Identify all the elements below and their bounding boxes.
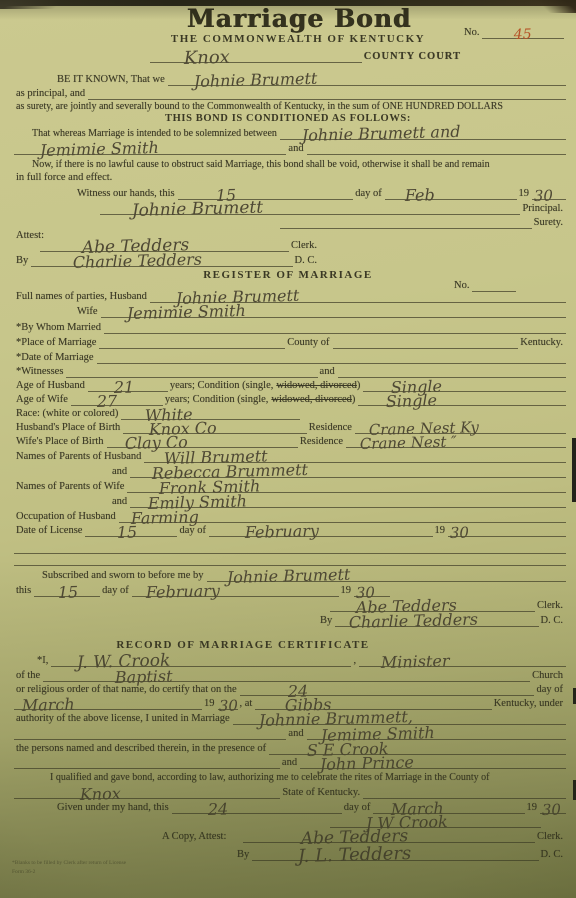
- county-of-label: County of: [285, 336, 332, 349]
- kentucky-under-label: Kentucky, under: [492, 697, 566, 710]
- race-label: Race: (white or colored): [14, 407, 121, 420]
- certificate-bride-field: Jemime Smith: [307, 727, 566, 740]
- church-label: Church: [530, 669, 566, 682]
- witnesses-field-1: [66, 365, 317, 378]
- bride-name-field: Jemimie Smith: [14, 142, 286, 155]
- year-19-label: 19: [525, 801, 541, 814]
- witnesses-line: *Witnesses and: [14, 365, 566, 378]
- certificate-heading: RECORD OF MARRIAGE CERTIFICATE: [0, 639, 486, 651]
- husband-condition-field: Single: [363, 379, 566, 392]
- register-deputy-signature: Charlie Tedders: [349, 613, 479, 630]
- and-label: and: [318, 365, 338, 378]
- witness-2-handwriting: John Prince: [320, 756, 414, 772]
- year-19-label: 19: [517, 187, 533, 200]
- condition-label-pre: years; Condition (single,: [168, 379, 277, 392]
- license-day-field: 15: [85, 524, 177, 537]
- blank-field: [14, 553, 566, 566]
- wife-label: Wife: [75, 305, 101, 318]
- residence-label: Residence: [307, 421, 355, 434]
- as-principal-field: [88, 87, 566, 100]
- condition-struck-text: widowed, divorced: [271, 393, 351, 406]
- at-label: , at: [238, 697, 256, 710]
- year-19-label: 19: [433, 524, 449, 537]
- license-month-field: February: [209, 524, 432, 537]
- state-of-kentucky-label: State of Kentucky.: [280, 786, 363, 799]
- register-husband-line: Full names of parties, Husband Johnie Br…: [14, 290, 566, 303]
- marriage-month-line: March 19 30 , at Gibbs Kentucky, under: [14, 697, 566, 710]
- register-deputy-line: By Charlie Tedders D. C.: [318, 614, 566, 627]
- groom-name-handwriting: Johnie Brumett and: [302, 125, 461, 143]
- wife-mother-field: Emily Smith: [130, 495, 566, 508]
- bond-number-line: No. 45: [462, 26, 564, 39]
- minister-line: *I, J. W. Crook , Minister: [35, 654, 566, 667]
- marriage-bond-document: Marriage Bond THE COMMONWEALTH OF KENTUC…: [0, 0, 576, 898]
- witness-month-handwriting: Feb: [404, 188, 434, 203]
- marriage-month-handwriting: March: [22, 698, 75, 713]
- subscribed-label: Subscribed and sworn to before me by: [40, 569, 207, 582]
- conditioned-heading: THIS BOND IS CONDITIONED AS FOLLOWS:: [0, 113, 576, 124]
- condition-struck-text: widowed, divorced: [276, 379, 356, 392]
- condition-label-pre: years; Condition (single,: [163, 393, 272, 406]
- minister-name-field: J. W. Crook: [51, 654, 351, 667]
- parents-wife-label: Names of Parents of Wife: [14, 480, 127, 493]
- blank-rule-line: [14, 553, 566, 566]
- minister-signature-field: J W Crook: [330, 815, 541, 828]
- principal-label: Principal.: [520, 202, 566, 215]
- wife-age-field: 27: [71, 393, 163, 406]
- witness-date-line: Witness our hands, this 15 day of Feb 19…: [75, 187, 566, 200]
- register-wife-handwriting: Jemimie Smith: [126, 304, 245, 321]
- county-court-line: Knox COUNTY COURT: [150, 50, 464, 63]
- year-19-label: 19: [202, 697, 218, 710]
- husband-birth-field: Knox Co: [123, 421, 307, 434]
- qualified-clause-text: I qualified and gave bond, according to …: [48, 771, 492, 784]
- void-clause-text-1: Now, if there is no lawful cause to obst…: [30, 158, 493, 171]
- as-principal-line: as principal, and: [14, 87, 566, 100]
- year-19-label: 19: [339, 584, 355, 597]
- place-of-marriage-line: *Place of Marriage County of Kentucky.: [14, 336, 566, 349]
- by-whom-married-label: *By Whom Married: [14, 321, 104, 334]
- dc-label: D. C.: [539, 848, 566, 861]
- footer-note: *Blanks to be filled by Clerk after retu…: [12, 860, 126, 867]
- parents-husband-label: Names of Parents of Husband: [14, 450, 144, 463]
- dc-label: D. C.: [293, 254, 320, 267]
- by-whom-married-field: [104, 321, 566, 334]
- surety-clause-line: as surety, are jointly and severally bou…: [14, 100, 566, 113]
- wife-mother-line: and Emily Smith: [110, 495, 566, 508]
- bride-line: Jemimie Smith and: [14, 142, 566, 155]
- bond-number-field: 45: [482, 26, 564, 39]
- bond-deputy-field: Charlie Tedders: [31, 254, 292, 267]
- sworn-year-field: 30: [354, 584, 390, 597]
- full-names-label: Full names of parties, Husband: [14, 290, 150, 303]
- and-label: and: [110, 495, 130, 508]
- county-court-label: COUNTY COURT: [362, 50, 464, 63]
- clerk-label: Clerk.: [535, 599, 566, 612]
- by-whom-married-line: *By Whom Married: [14, 321, 566, 334]
- scan-artifact-bar: [572, 438, 576, 502]
- bond-deputy-signature: Charlie Tedders: [73, 253, 203, 270]
- occupation-field: Farming: [119, 510, 566, 523]
- subscribed-name-handwriting: Johnie Brumett: [226, 568, 350, 585]
- certify-clause-text: or religious order of that name, do cert…: [14, 683, 240, 696]
- bond-county-handwriting: Knox: [80, 787, 121, 802]
- subscribed-line: Subscribed and sworn to before me by Joh…: [40, 569, 566, 582]
- given-year-handwriting: 30: [542, 803, 561, 817]
- dc-label: D. C.: [539, 614, 566, 627]
- groom-name-field: Johnie Brumett and: [280, 127, 566, 140]
- and-label: and: [280, 756, 300, 769]
- date-of-marriage-line: *Date of Marriage: [14, 351, 566, 364]
- marriage-year-field: 30: [218, 697, 238, 710]
- witness-year-field: 30: [532, 187, 566, 200]
- license-label: Date of License: [14, 524, 85, 537]
- sworn-day-handwriting: 15: [58, 585, 79, 600]
- copy-attest-line: A Copy, Attest: Abe Tedders Clerk.: [160, 830, 566, 843]
- be-it-known-label: BE IT KNOWN, That we: [55, 73, 168, 86]
- authority-line: authority of the above license, I united…: [14, 712, 566, 725]
- given-day-field: 24: [172, 801, 342, 814]
- minister-title-handwriting: Minister: [381, 654, 450, 670]
- by-label: By: [235, 848, 252, 861]
- principal-signature-field: Johnie Brumett: [100, 202, 520, 215]
- void-clause-line-1: Now, if there is no lawful cause to obst…: [30, 158, 566, 171]
- and-label: and: [286, 142, 306, 155]
- date-of-marriage-label: *Date of Marriage: [14, 351, 97, 364]
- day-of-label: day of: [353, 187, 385, 200]
- void-clause-text-2: in full force and effect.: [14, 171, 115, 184]
- bond-number-label: No.: [462, 26, 482, 39]
- license-year-handwriting: 30: [450, 526, 469, 540]
- and-label: and: [286, 727, 306, 740]
- clerk-label: Clerk.: [535, 830, 566, 843]
- witness-2-spacer-field: [14, 756, 280, 769]
- marriage-year-handwriting: 30: [218, 699, 237, 713]
- principal-signature-line: Johnie Brumett Principal.: [100, 202, 566, 215]
- bond-county-extra-field: [363, 786, 566, 799]
- principal-name-field: Johnie Brumett: [168, 73, 566, 86]
- witness-day-field: 15: [178, 187, 354, 200]
- copy-attest-label: A Copy, Attest:: [160, 830, 229, 843]
- by-label: By: [318, 614, 335, 627]
- license-date-line: Date of License 15 day of February 19 30: [14, 524, 566, 537]
- license-year-field: 30: [448, 524, 566, 537]
- witnesses-field-2: [338, 365, 566, 378]
- marriage-month-field: March: [14, 697, 202, 710]
- void-clause-line-2: in full force and effect.: [14, 171, 566, 184]
- wife-birth-field: Clay Co: [107, 435, 298, 448]
- county-name-field: Knox: [150, 50, 362, 63]
- denomination-field: Baptist: [43, 669, 530, 682]
- husband-mother-line: and Rebecca Brummett: [110, 465, 566, 478]
- sworn-month-field: February: [132, 584, 339, 597]
- register-deputy-field: Charlie Tedders: [335, 614, 538, 627]
- given-year-field: 30: [540, 801, 566, 814]
- witness-1-field: S E Crook: [269, 742, 566, 755]
- wife-condition-handwriting: Single: [386, 394, 438, 409]
- surety-signature-line: Surety.: [280, 216, 566, 229]
- subscribed-name-field: Johnie Brumett: [207, 569, 566, 582]
- husband-birth-line: Husband's Place of Birth Knox Co Residen…: [14, 421, 566, 434]
- footer-form-number: Form 36-2: [12, 869, 35, 876]
- occupation-label: Occupation of Husband: [14, 510, 119, 523]
- qualified-line: I qualified and gave bond, according to …: [48, 771, 566, 784]
- residence-label: Residence: [298, 435, 346, 448]
- wife-birth-label: Wife's Place of Birth: [14, 435, 107, 448]
- wife-residence-handwriting: Crane Nest ″: [360, 434, 457, 451]
- surety-clause-text: as surety, are jointly and severally bou…: [14, 100, 506, 113]
- race-line: Race: (white or colored) White: [14, 407, 300, 420]
- denomination-line: of the Baptist Church: [14, 669, 566, 682]
- place-of-marriage-field: [99, 336, 285, 349]
- license-day-handwriting: 15: [117, 525, 138, 540]
- minister-title-field: Minister: [359, 654, 566, 667]
- place-of-marriage-label: *Place of Marriage: [14, 336, 99, 349]
- bond-county-line: Knox State of Kentucky.: [14, 786, 566, 799]
- husband-age-field: 21: [88, 379, 168, 392]
- surety-signature-field: [280, 216, 532, 229]
- sworn-day-field: 15: [34, 584, 100, 597]
- day-of-label: day of: [342, 801, 374, 814]
- clerk-label: Clerk.: [289, 239, 320, 252]
- bride-name-handwriting: Jemimie Smith: [40, 141, 159, 158]
- minister-signature-line: J W Crook: [330, 815, 541, 828]
- age-of-husband-label: Age of Husband: [14, 379, 88, 392]
- presence-line: the persons named and described therein,…: [14, 742, 566, 755]
- date-of-marriage-field: [97, 351, 566, 364]
- register-wife-line: Wife Jemimie Smith: [75, 305, 566, 318]
- bond-county-field: Knox: [14, 786, 280, 799]
- witnesses-label: *Witnesses: [14, 365, 66, 378]
- this-label: this: [14, 584, 34, 597]
- certificate-clerk-field: Abe Tedders: [243, 830, 535, 843]
- i-label: *I,: [35, 654, 51, 667]
- husband-mother-field: Rebecca Brummett: [130, 465, 566, 478]
- age-of-husband-line: Age of Husband 21 years; Condition (sing…: [14, 379, 566, 392]
- kentucky-label: Kentucky.: [518, 336, 566, 349]
- witness-2-line: and John Prince: [14, 756, 566, 769]
- presence-clause-text: the persons named and described therein,…: [14, 742, 269, 755]
- surety-label: Surety.: [532, 216, 566, 229]
- certificate-bride-line: and Jemime Smith: [14, 727, 566, 740]
- given-month-field: March: [373, 801, 524, 814]
- county-of-field: [333, 336, 519, 349]
- husband-birth-label: Husband's Place of Birth: [14, 421, 123, 434]
- of-the-label: of the: [14, 669, 43, 682]
- wife-condition-field: Single: [358, 393, 566, 406]
- wife-father-field: Fronk Smith: [127, 480, 566, 493]
- given-label: Given under my hand, this: [55, 801, 172, 814]
- given-day-handwriting: 24: [207, 802, 228, 817]
- certificate-bride-spacer-field: [14, 727, 286, 740]
- certificate-deputy-field: J. L. Tedders: [252, 848, 538, 861]
- wife-birth-line: Wife's Place of Birth Clay Co Residence …: [14, 435, 566, 448]
- bond-deputy-line: By Charlie Tedders D. C.: [14, 254, 320, 267]
- bond-number-value: 45: [514, 28, 532, 42]
- register-wife-field: Jemimie Smith: [101, 305, 566, 318]
- solemnized-line: That whereas Marriage is intended to be …: [30, 127, 566, 140]
- certificate-deputy-line: By J. L. Tedders D. C.: [235, 848, 566, 861]
- sworn-date-line: this 15 day of February 19 30: [14, 584, 390, 597]
- certificate-deputy-signature: J. L. Tedders: [298, 847, 412, 864]
- certify-line: or religious order of that name, do cert…: [14, 683, 566, 696]
- day-of-label: day of: [177, 524, 209, 537]
- husband-father-field: Will Brumett: [144, 450, 566, 463]
- comma-label: ,: [351, 654, 359, 667]
- as-principal-label: as principal, and: [14, 87, 88, 100]
- witness-year-handwriting: 30: [534, 189, 553, 203]
- witness-month-field: Feb: [385, 187, 517, 200]
- given-date-line: Given under my hand, this 24 day of Marc…: [55, 801, 566, 814]
- witness-2-field: John Prince: [300, 756, 566, 769]
- marriage-day-field: 24: [240, 683, 535, 696]
- husband-residence-field: Crane Nest Ky: [355, 421, 566, 434]
- day-of-label: day of: [534, 683, 566, 696]
- authority-clause-text: authority of the above license, I united…: [14, 712, 233, 725]
- be-it-known-line: BE IT KNOWN, That we Johnie Brumett: [55, 73, 566, 86]
- age-of-wife-line: Age of Wife 27 years; Condition (single,…: [14, 393, 566, 406]
- by-label: By: [14, 254, 31, 267]
- and-label: and: [110, 465, 130, 478]
- bride-line-extra-field: [307, 142, 566, 155]
- day-of-label: day of: [100, 584, 132, 597]
- wife-residence-field: Crane Nest ″: [346, 435, 566, 448]
- license-month-handwriting: February: [245, 524, 319, 540]
- sworn-month-handwriting: February: [145, 584, 219, 600]
- principal-signature-handwriting: Johnie Brumett: [132, 201, 264, 218]
- parents-wife-line: Names of Parents of Wife Fronk Smith: [14, 480, 566, 493]
- age-of-wife-label: Age of Wife: [14, 393, 71, 406]
- county-name-handwriting: Knox: [184, 51, 230, 66]
- witness-label: Witness our hands, this: [75, 187, 178, 200]
